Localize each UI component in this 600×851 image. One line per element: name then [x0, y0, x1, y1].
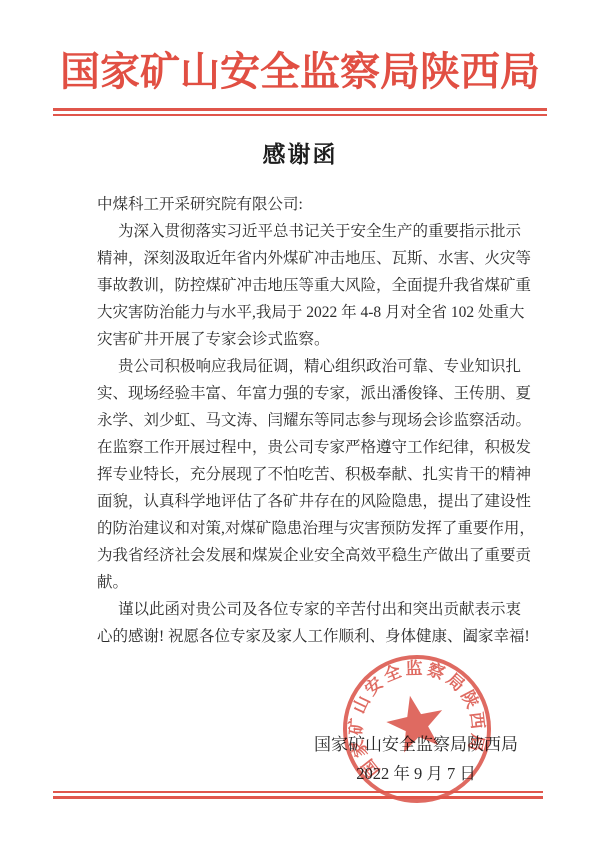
body-line: 面貌，认真科学地评估了各矿井存在的风险隐患，提出了建设性 — [97, 488, 527, 515]
body-line: 挥专业特长，充分展现了不怕吃苦、积极奉献、扎实肯干的精神 — [97, 461, 527, 488]
letterhead-title: 国家矿山安全监察局陕西局 — [0, 44, 600, 100]
body-line: 精神，深刻汲取近年省内外煤矿冲击地压、瓦斯、水害、火灾等 — [97, 245, 527, 272]
date: 2022 年 9 月 7 日 — [314, 760, 518, 784]
body-line: 实、现场经验丰富、年富力强的专家，派出潘俊锋、王传朋、夏 — [97, 380, 527, 407]
letterhead-double-rule — [53, 108, 547, 116]
body-line: 谨以此函对贵公司及各位专家的辛苦付出和突出贡献表示衷 — [97, 596, 527, 623]
body-line: 永学、刘少虹、马文涛、闫耀东等同志参与现场会诊监察活动。 — [97, 407, 527, 434]
letter-page: 国家矿山安全监察局陕西局 感谢函 中煤科工开采研究院有限公司: 为深入贯彻落实习… — [0, 0, 600, 851]
body-line: 大灾害防治能力与水平,我局于 2022 年 4-8 月对全省 102 处重大 — [97, 299, 527, 326]
body-line: 事故教训，防控煤矿冲击地压等重大风险，全面提升我省煤矿重 — [97, 272, 527, 299]
signature: 国家矿山安全监察局陕西局 — [314, 733, 518, 757]
body-line: 在监察工作开展过程中，贵公司专家严格遵守工作纪律，积极发 — [97, 434, 527, 461]
document-title: 感谢函 — [0, 136, 600, 169]
body-line: 灾害矿井开展了专家会诊式监察。 — [97, 326, 527, 353]
salutation: 中煤科工开采研究院有限公司: — [97, 191, 527, 218]
seal-circle — [332, 644, 503, 815]
body-line: 为我省经济社会发展和煤炭企业安全高效平稳生产做出了重要贡 — [97, 542, 527, 569]
body-line: 献。 — [97, 569, 527, 596]
body-line: 心的感谢! 祝愿各位专家及家人工作顺利、身体健康、阖家幸福! — [97, 623, 527, 650]
body-line: 为深入贯彻落实习近平总书记关于安全生产的重要指示批示 — [97, 218, 527, 245]
footer-double-rule — [53, 791, 543, 799]
body-line: 的防治建议和对策,对煤矿隐患治理与灾害预防发挥了重要作用， — [97, 515, 527, 542]
letter-body: 中煤科工开采研究院有限公司: 为深入贯彻落实习近平总书记关于安全生产的重要指示批… — [97, 191, 527, 650]
body-line: 贵公司积极响应我局征调，精心组织政治可靠、专业知识扎 — [97, 353, 527, 380]
